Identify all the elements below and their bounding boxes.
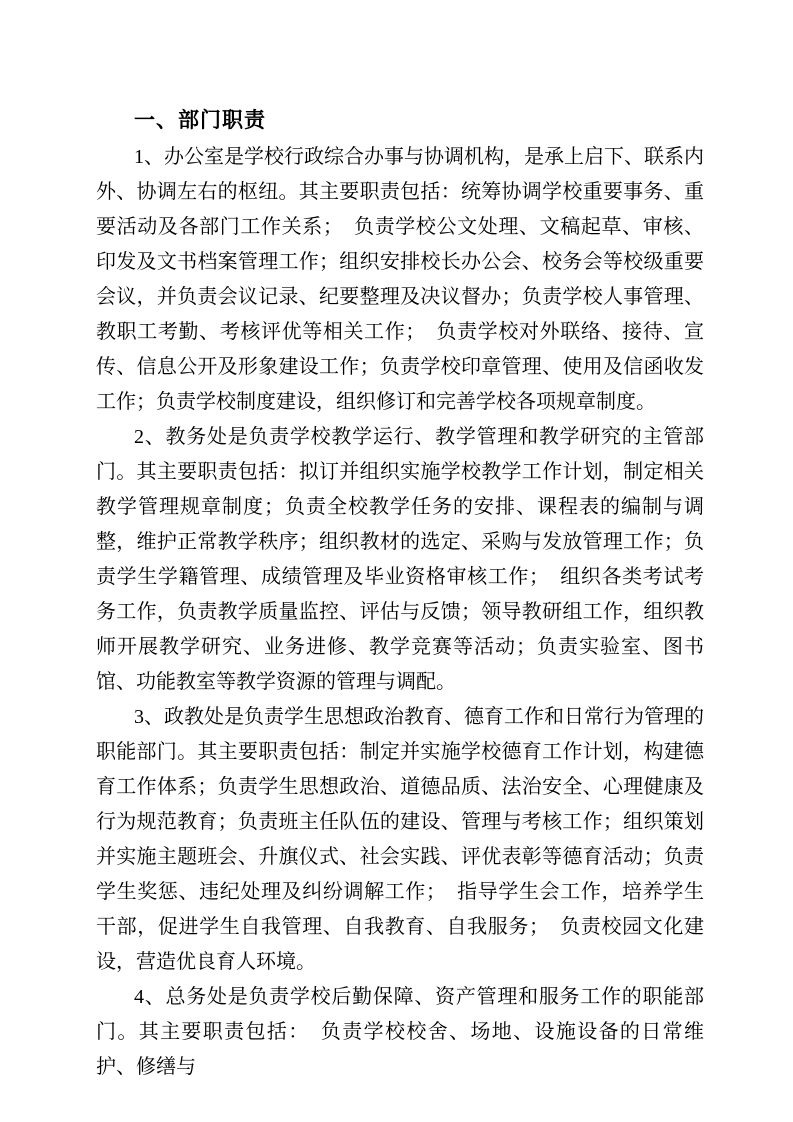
paragraph-general-affairs-duties: 4、总务处是负责学校后勤保障、资产管理和服务工作的职能部门。其主要职责包括： 负… bbox=[96, 980, 704, 1085]
section-heading: 一、部门职责 bbox=[96, 102, 704, 140]
paragraph-moral-education-duties: 3、政教处是负责学生思想政治教育、德育工作和日常行为管理的职能部门。其主要职责包… bbox=[96, 700, 704, 980]
paragraph-office-duties: 1、办公室是学校行政综合办事与协调机构，是承上启下、联系内外、协调左右的枢纽。其… bbox=[96, 140, 704, 420]
paragraph-academic-affairs-duties: 2、教务处是负责学校教学运行、教学管理和教学研究的主管部门。其主要职责包括：拟订… bbox=[96, 420, 704, 700]
document-page: 一、部门职责 1、办公室是学校行政综合办事与协调机构，是承上启下、联系内外、协调… bbox=[0, 0, 793, 1122]
document-content: 一、部门职责 1、办公室是学校行政综合办事与协调机构，是承上启下、联系内外、协调… bbox=[96, 102, 704, 1085]
